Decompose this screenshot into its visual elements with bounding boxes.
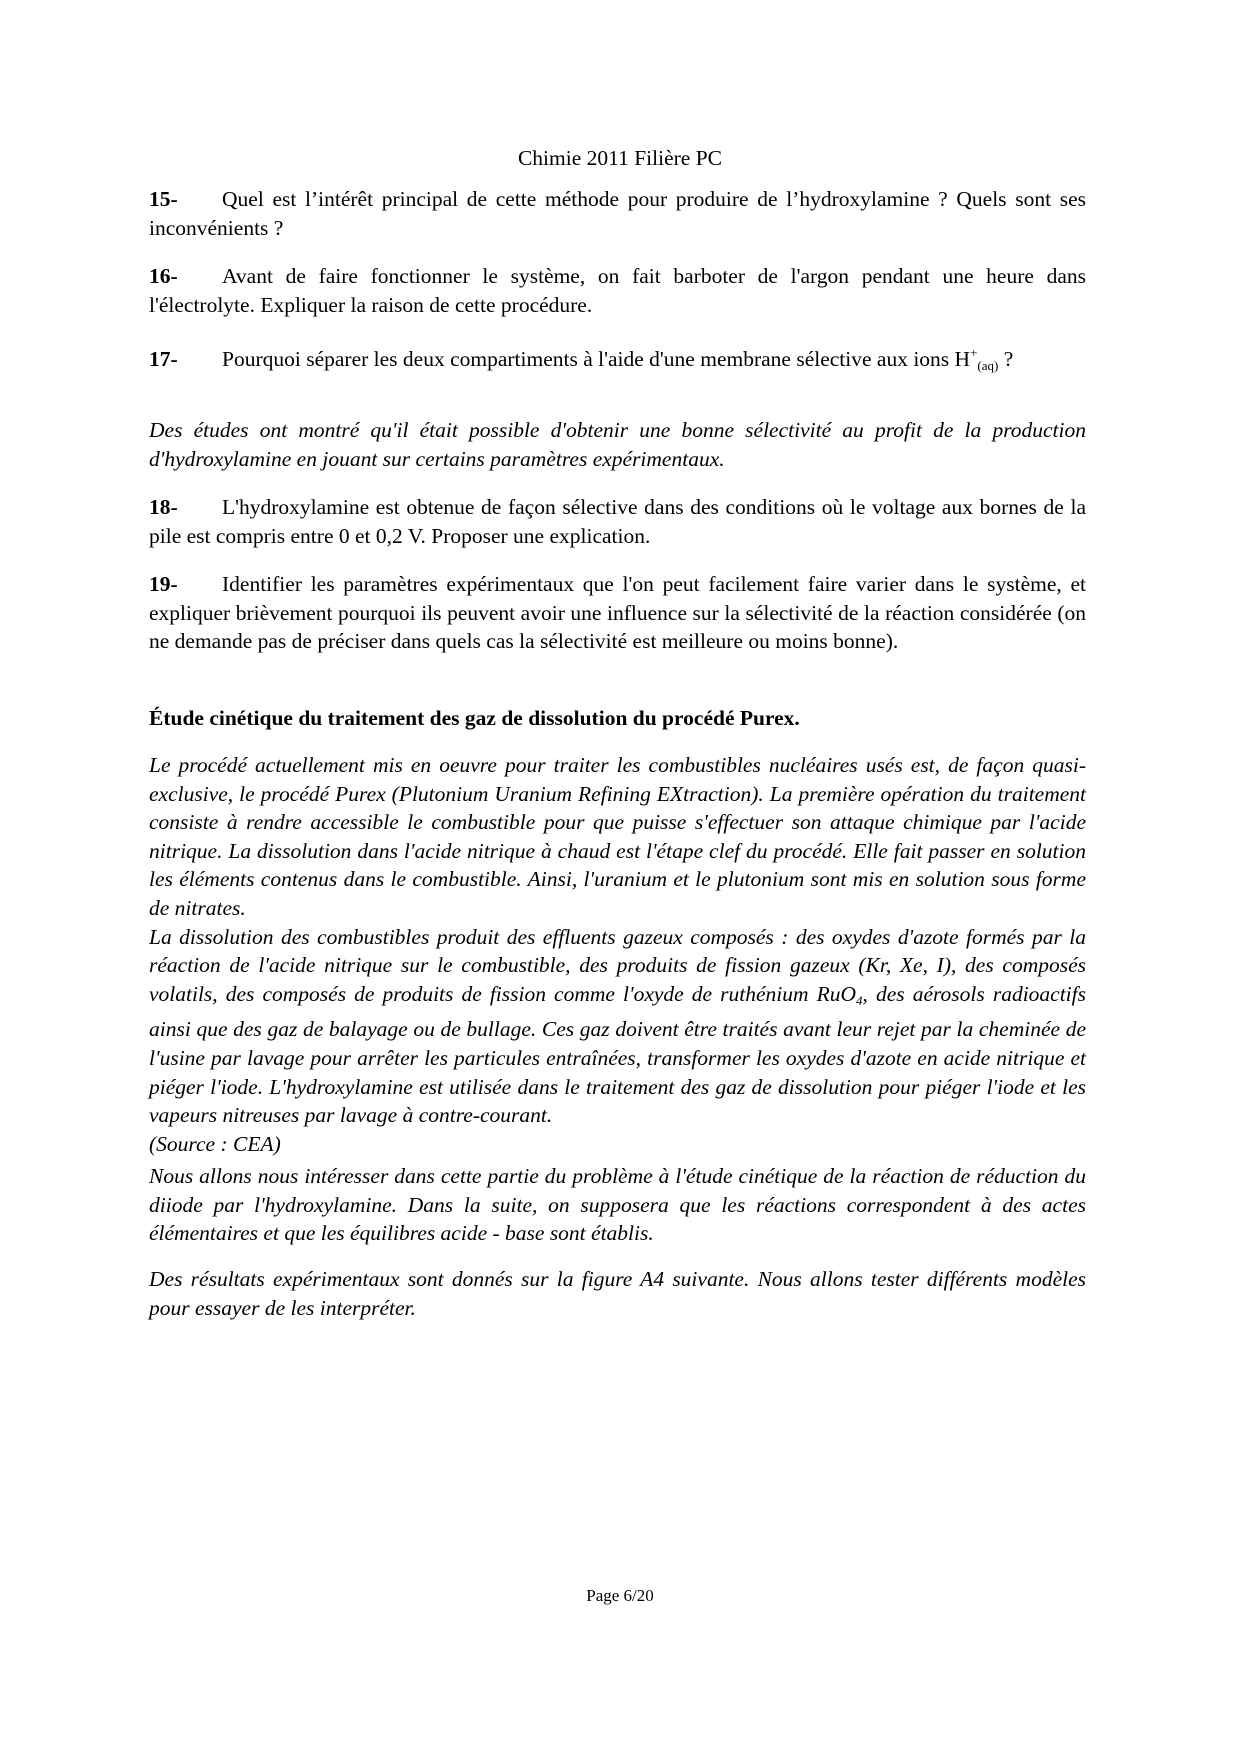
question-text: Identifier les paramètres expérimentaux … xyxy=(149,572,1086,653)
question-text: Quel est l’intérêt principal de cette mé… xyxy=(149,187,1086,240)
question-15: 15-Quel est l’intérêt principal de cette… xyxy=(149,185,1086,242)
question-18: 18-L'hydroxylamine est obtenue de façon … xyxy=(149,493,1086,550)
ion-formula: H+(aq) ? xyxy=(955,347,1014,371)
paragraph-text: La dissolution des combustibles produit … xyxy=(149,925,1086,1128)
question-text: Avant de faire fonctionner le système, o… xyxy=(149,264,1086,317)
question-number: 18- xyxy=(149,493,222,522)
page-header: Chimie 2011 Filière PC xyxy=(0,146,1240,171)
intro-italic-paragraph: Des études ont montré qu'il était possib… xyxy=(149,416,1086,473)
question-17: 17-Pourquoi séparer les deux compartimen… xyxy=(149,339,1086,381)
section-paragraph-1: Le procédé actuellement mis en oeuvre po… xyxy=(149,751,1086,1158)
source-citation: (Source : CEA) xyxy=(149,1132,281,1156)
section-heading: Étude cinétique du traitement des gaz de… xyxy=(149,704,1086,733)
question-number: 17- xyxy=(149,345,222,374)
section-paragraph-3: Des résultats expérimentaux sont donnés … xyxy=(149,1265,1086,1322)
question-19: 19-Identifier les paramètres expérimenta… xyxy=(149,570,1086,656)
question-number: 16- xyxy=(149,262,222,291)
question-text: Pourquoi séparer les deux compartiments … xyxy=(222,347,949,371)
section-paragraph-2: Nous allons nous intéresser dans cette p… xyxy=(149,1162,1086,1248)
question-16: 16-Avant de faire fonctionner le système… xyxy=(149,262,1086,319)
question-number: 19- xyxy=(149,570,222,599)
question-number: 15- xyxy=(149,185,222,214)
page-number: Page 6/20 xyxy=(0,1586,1240,1606)
question-text: L'hydroxylamine est obtenue de façon sél… xyxy=(149,495,1086,548)
paragraph-text: Le procédé actuellement mis en oeuvre po… xyxy=(149,753,1086,920)
